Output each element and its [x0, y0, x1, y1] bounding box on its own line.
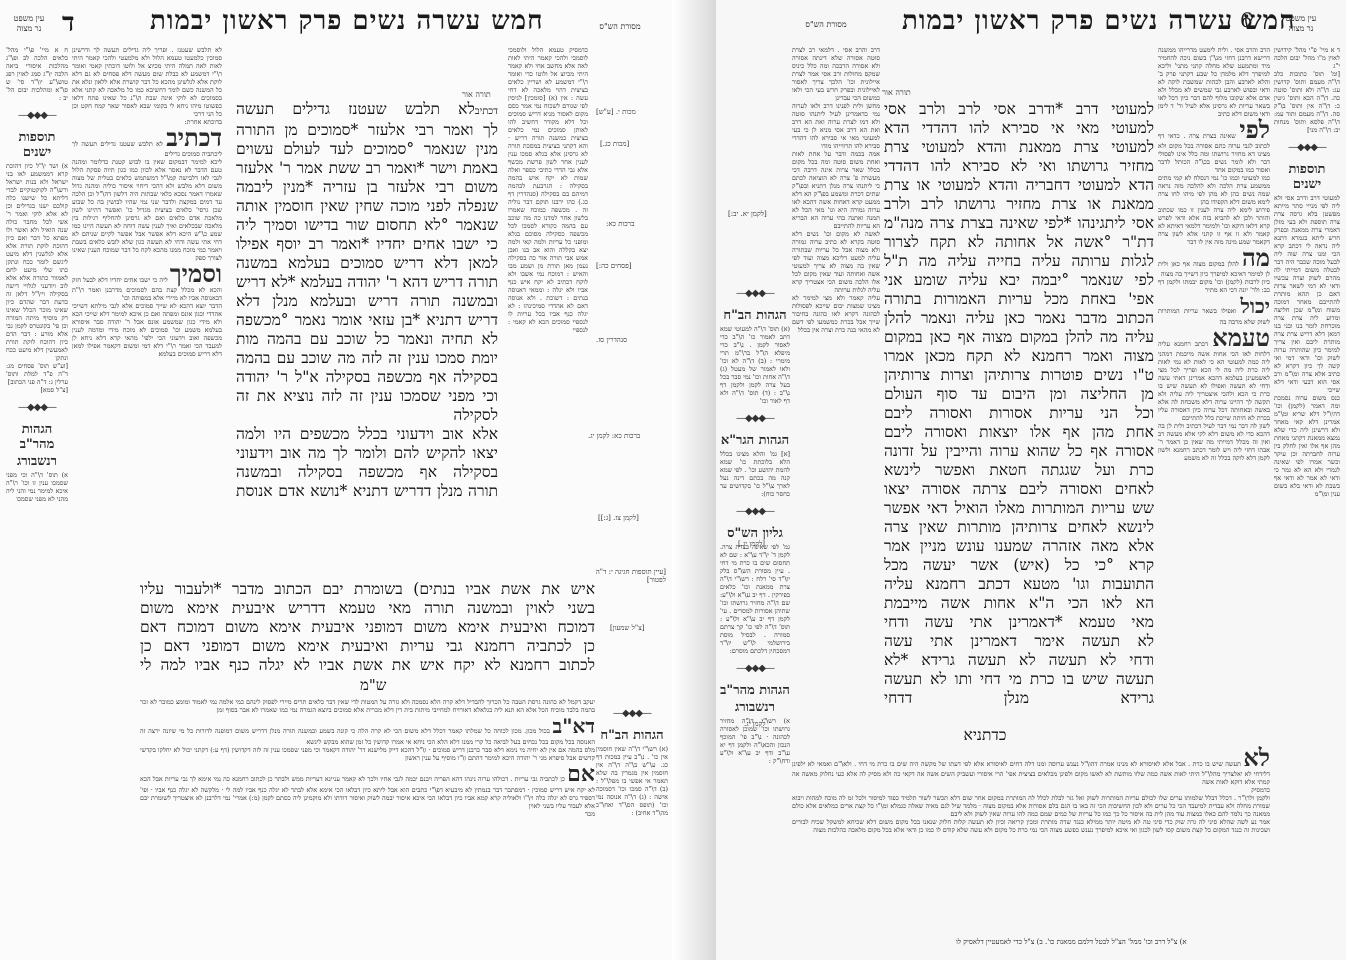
- torah-or-label: תורה אור: [882, 88, 911, 97]
- footnote: א) צ"ל דרב וכו' ממל' הצ"ל לבטל דלמם ממאנ…: [956, 938, 1187, 946]
- gemara-line: מנין שנאמר °סמוכים לעד לעולם עשוים: [236, 140, 498, 159]
- gemara-line: למעוטי מאי אי סבירא להו דהדדי הדא: [884, 119, 1154, 138]
- ornament-divider: —◆◆◆—: [6, 404, 68, 412]
- gemara-line: שש עריות המותרות מאלו הואיל דאי אפשר: [884, 499, 1154, 518]
- bottom-commentary: לא תעשה שיש בו כרת . אבל אלא לאיסורא לא …: [792, 746, 1270, 906]
- gemara-line: בסקילה אף מכשפה בסקילה ובמשנה: [236, 463, 498, 482]
- gilyon-hashas-title: גליון הש"ס: [720, 526, 790, 541]
- tosafot-bottom: יעקב דקמל לא כהונה גרסת הטבה כל הכרוך לה…: [140, 698, 595, 948]
- hagahot-habach-title: הגהות הב"ח: [596, 728, 668, 743]
- gemara-line: אחת מהן אף אלו יוצאות ואסורה ליבם: [884, 423, 1154, 442]
- gemara-line: יצאו להקיש להם ולומר לך מה אוב וידעוני: [236, 444, 498, 463]
- gemara-line: תורה דריש דהא ר' יהודה בעלמא *לא דריש: [236, 273, 498, 292]
- gemara-line: אפי' באחת מכל עריות האמורות בתורה: [884, 290, 1154, 309]
- gemara-line: ודחי לא תעשה לא תעשה גרידא *לא: [884, 651, 1154, 670]
- ornament-divider: —◆◆◆—: [6, 112, 68, 120]
- hagahot-maharav-title: הגהות מהר"ב: [720, 683, 790, 698]
- page-letter: ד: [62, 8, 75, 38]
- margin-ref: ברכות כא:: [606, 220, 635, 228]
- margin-ref: [עיין תוספות חגיגה י: ד"ה לפטור]: [592, 568, 666, 584]
- gemara-line: בשני לאוין ובמשנה תורה מאי טעמא דדריש אי…: [140, 599, 595, 618]
- gemara-line: אלא אוב וידעוני בכלל מכשפים היו ולמה: [236, 425, 498, 444]
- left-margin-notes: —◆◆◆— הגהות הב"ח (א) תוס' ד\"ה למעוטי שמ…: [720, 280, 790, 940]
- gemara-line: ובמשנה תורה דריש ובעלמא מנלן דלא: [236, 292, 498, 311]
- hagahot-maharav-subtitle: רנשבורג: [720, 700, 790, 715]
- gemara-line: דמוכח ואיבעית אימא משום דמופני איבעית אי…: [140, 618, 595, 637]
- gemara-line: כרת ועל שגגתה חטאת ואפשר לינשא: [884, 461, 1154, 480]
- gemara-line: משום רבי אלעזר בן עזריה *מנין ליבמה: [236, 178, 498, 197]
- gemara-line: דת"ר °אשה אל אחותה לא תקח לצרור: [884, 233, 1154, 252]
- gemara-line: לאחים ואסורה ליבם צרתה אסורה יצאו: [884, 480, 1154, 499]
- gemara-end: ש"מ: [360, 676, 386, 695]
- gemara-line: קרא °כי כל (איש) אשר יעשה מכל: [884, 556, 1154, 575]
- gemara-line: לינשא לאחים צרותיהן מותרות שאין צרה: [884, 518, 1154, 537]
- talmud-page-left: עין משפט נר מצוה ד חמש עשרה נשים פרק ראש…: [0, 0, 672, 960]
- hagahot-habach-title: הגהות הב"ח: [720, 308, 790, 323]
- gemara-line: לא תחיה ונאמר כל שוכב עם בהמה מות: [236, 330, 498, 349]
- ein-mishpat-entry: ד א מיי' פ"י מהל' קידושין לאוין מ"ו מהל'…: [1274, 46, 1340, 70]
- ornament-divider: —◆◆◆—: [720, 508, 790, 516]
- gemara-text-wide: איש את אשת אביו בנתים) בשומרת יבם הכתוב …: [140, 580, 595, 680]
- tosafot-dibur-daav: דא"ב: [552, 714, 595, 738]
- gemara-text: דכתיבלא תלבש שעטנז גדילים תעשהלך ואמר רב…: [236, 100, 498, 500]
- tosafot-yeshanim-title: תוספות ישנים: [1274, 162, 1340, 192]
- gemara-line: דריש דתניא *בן עזאי אומר נאמר °מכשפה: [236, 311, 498, 330]
- rashi-dibur-lo: לא: [1243, 746, 1270, 772]
- margin-ref: [לקמן צז. [ג:]]: [598, 514, 639, 522]
- gemara-line: מאי טעמא *דאמרינן אתי עשה ודחי: [884, 613, 1154, 632]
- page-number: 6: [1240, 8, 1253, 32]
- gemara-text: למעוטי דרב *ודרב אסי לרב ולרב אסילמעוטי …: [884, 100, 1154, 720]
- gemara-line: לגלות ערותה עליה בחייה עליה מה ת"ל: [884, 252, 1154, 271]
- ornament-divider: —◆◆◆—: [1274, 144, 1340, 152]
- ornament-divider: —◆◆◆—: [720, 290, 790, 298]
- running-head: חמש עשרה נשים פרק ראשון יבמות: [902, 6, 1295, 36]
- tosafot-yeshanim-title: תוספות ישנים: [6, 130, 68, 160]
- gemara-line: באמת וישר *ואמר רב ששת אמר ר' אלעזר: [236, 159, 498, 178]
- ornament-divider: —◆◆◆—: [596, 710, 668, 718]
- hagahot-maharav-title: הגהות מהר"ב: [6, 422, 68, 452]
- gemara-line: מחזיר גרושתו ואי לא סבירא להו דהדדי: [884, 157, 1154, 176]
- gemara-line: לך ואמר רבי אלעזר *סמוכים מן התורה: [236, 121, 498, 140]
- gemara-line: כן לכתביה רחמנא גבי עריות ואיבעית אימא מ…: [140, 637, 595, 656]
- gemara-line: מן החליצה ומן היבום עד סוף העולם: [884, 385, 1154, 404]
- rashi-end: כדמסיק: [792, 786, 1270, 794]
- gemara-line: לפי שנאמר °יבמה יבא עליה שומע אני: [884, 271, 1154, 290]
- tosafot-dibur-taama: טעמא: [1212, 323, 1270, 352]
- gemara-line: וכי מפני שסמכו ענין זה לזה נוציא את זה ל…: [236, 387, 498, 425]
- sidebar-ref: [וע"ש תוס' פסחים מג: ד"ה פ"ד למלת ותוס' …: [6, 362, 68, 386]
- margin-ref: ברכות כא: לקמן יג.: [588, 432, 640, 440]
- sidebar-ref: [צ"ל סמא]: [6, 386, 68, 394]
- ein-mishpat-label: עין משפט נר מצוה: [1276, 14, 1326, 34]
- gemara-opening-word: דכתיב: [475, 106, 498, 117]
- masoret-label: מסורת הש"ס: [585, 22, 655, 32]
- tosafot-dibur-im: אם: [567, 761, 595, 787]
- gemara-line: הא לאו הכי ה"א אחות אשה מייבמת: [884, 594, 1154, 613]
- gemara-line: ממאנת או צרת מחזיר גרושתו לרב ולרב: [884, 195, 1154, 214]
- hagahot-maharav-subtitle: רנשבורג: [6, 454, 68, 469]
- gemara-line: אסורה אף כל שהוא ערוה והייבין על זדונה: [884, 442, 1154, 461]
- margin-ref: סנהדרין סז.: [596, 336, 627, 344]
- tosafot-dibur-vesamich: וסמיך: [170, 259, 222, 288]
- talmud-page-right: מסורת הש"ס חמש עשרה נשים פרק ראשון יבמות…: [716, 0, 1346, 960]
- gemara-line: בסקילה אף מכשפה בסקילה א"ל ר' יהודה: [236, 368, 498, 387]
- running-head: חמש עשרה נשים פרק ראשון יבמות: [150, 6, 543, 36]
- gemara-line: התועבות וגו' מטעא דכתב רחמנא עליה: [884, 575, 1154, 594]
- gemara-line: איש את אשת אביו בנתים) בשומרת יבם הכתוב …: [140, 580, 595, 599]
- gemara-line: למעוטי דרב *ודרב אסי לרב ולרב אסי: [884, 100, 1154, 119]
- gemara-line: כי ישבו אחים יחדיו *ואמר רב יוסף אפילו: [236, 235, 498, 254]
- margin-ref: [צ"ל שמעון]: [610, 624, 645, 632]
- masoret-label: מסורת הש"ס: [796, 20, 856, 30]
- margin-ref: [פסחים כה:]: [596, 262, 632, 270]
- gemara-line: מצוה ואמר רחמנא לא תקח מכאן אמרו: [884, 347, 1154, 366]
- tosafot-dibur-yakhol: יכול: [1241, 294, 1271, 318]
- hagahot-habach-left: —◆◆◆— הגהות הב"ח (א) רש\"י ד\"ה שאין חוס…: [596, 700, 668, 940]
- right-sidebar: ד א מיי' פ"י מהל' קידושין לאוין מ"ו מהל'…: [1274, 46, 1340, 946]
- gemara-line: אסי ליתגינהו *לפי שאינה בצרת צרה מנה"מ: [884, 214, 1154, 233]
- gemara-line: עליה מה להלן במקום מצוה אף כאן במקום: [884, 328, 1154, 347]
- gemara-line: למאן דלא דריש סמוכים בעלמא במשנה: [236, 254, 498, 273]
- hagahot-hagra-title: הגהות הגר"א: [720, 433, 790, 448]
- gemara-line: יומת סמכו ענין זה לזה מה שוכב עם בהמה: [236, 349, 498, 368]
- gemara-line: וכל הני עריות אסורות ואסורה ליבם: [884, 404, 1154, 423]
- gemara-line: שנאמר °לא תחסום שור בדישו וסמיך ליה: [236, 216, 498, 235]
- ornament-divider: —◆◆◆—: [720, 665, 790, 673]
- tosafot-dibur-lefi: לפי: [1239, 115, 1270, 144]
- gemara-line: תעשה שיש בו כרת מי דחי ותו לא תעשה גרידא…: [884, 670, 1154, 708]
- tosafot-dibur-ma: מה: [1242, 243, 1270, 272]
- margin-ref: מכות י. [ע"ש]: [596, 108, 636, 116]
- gemara-line: שנפלה לפני מוכה שחין שאין חוסמין אותה: [236, 197, 498, 216]
- gemara-line: הכתוב מדבר נאמר כאן עליה ונאמר להלן: [884, 309, 1154, 328]
- gemara-line: לא תעשה אימר דאמרינן אתי עשה: [884, 632, 1154, 651]
- gemara-line: הדא למעוטי דחבריה והדא למעוטי או צרת: [884, 176, 1154, 195]
- gemara-line: ט"ו נשים פוטרות צרותיהן וצרות צרותיהן: [884, 366, 1154, 385]
- left-sidebar: ח א מיי' פ\"י מהל' כלאים הלכה לב ופ\"ג מ…: [6, 46, 68, 946]
- margin-ref: [לקמן יא. יב:]: [728, 210, 767, 218]
- torah-or-label: תורה אור: [462, 90, 491, 99]
- gemara-line: תורה מנלן דדריש דתניא *נושא אדם אנוסת: [236, 482, 498, 500]
- tosafot-end: מכד: [140, 810, 595, 818]
- tosafot-dibur-hamatchil: דכתיב: [166, 123, 222, 152]
- ein-mishpat-label: עין משפט נר מצוה: [8, 14, 50, 34]
- gemara-line: למעוטי צרת ממאנת והדא למעוטי צרת: [884, 138, 1154, 157]
- ornament-divider: —◆◆◆—: [720, 415, 790, 423]
- margin-ref: [מכות כג.]: [600, 140, 629, 148]
- gemara-line: לכתוב רחמנא לא יקח איש את אשת אביו לא יג…: [140, 656, 595, 675]
- book-gutter: [672, 0, 716, 960]
- gemara-line: דכתיבלא תלבש שעטנז גדילים תעשה: [236, 100, 498, 121]
- gemara-line: אלא מאה אזהרה שמענו עונש מניין אמר: [884, 537, 1154, 556]
